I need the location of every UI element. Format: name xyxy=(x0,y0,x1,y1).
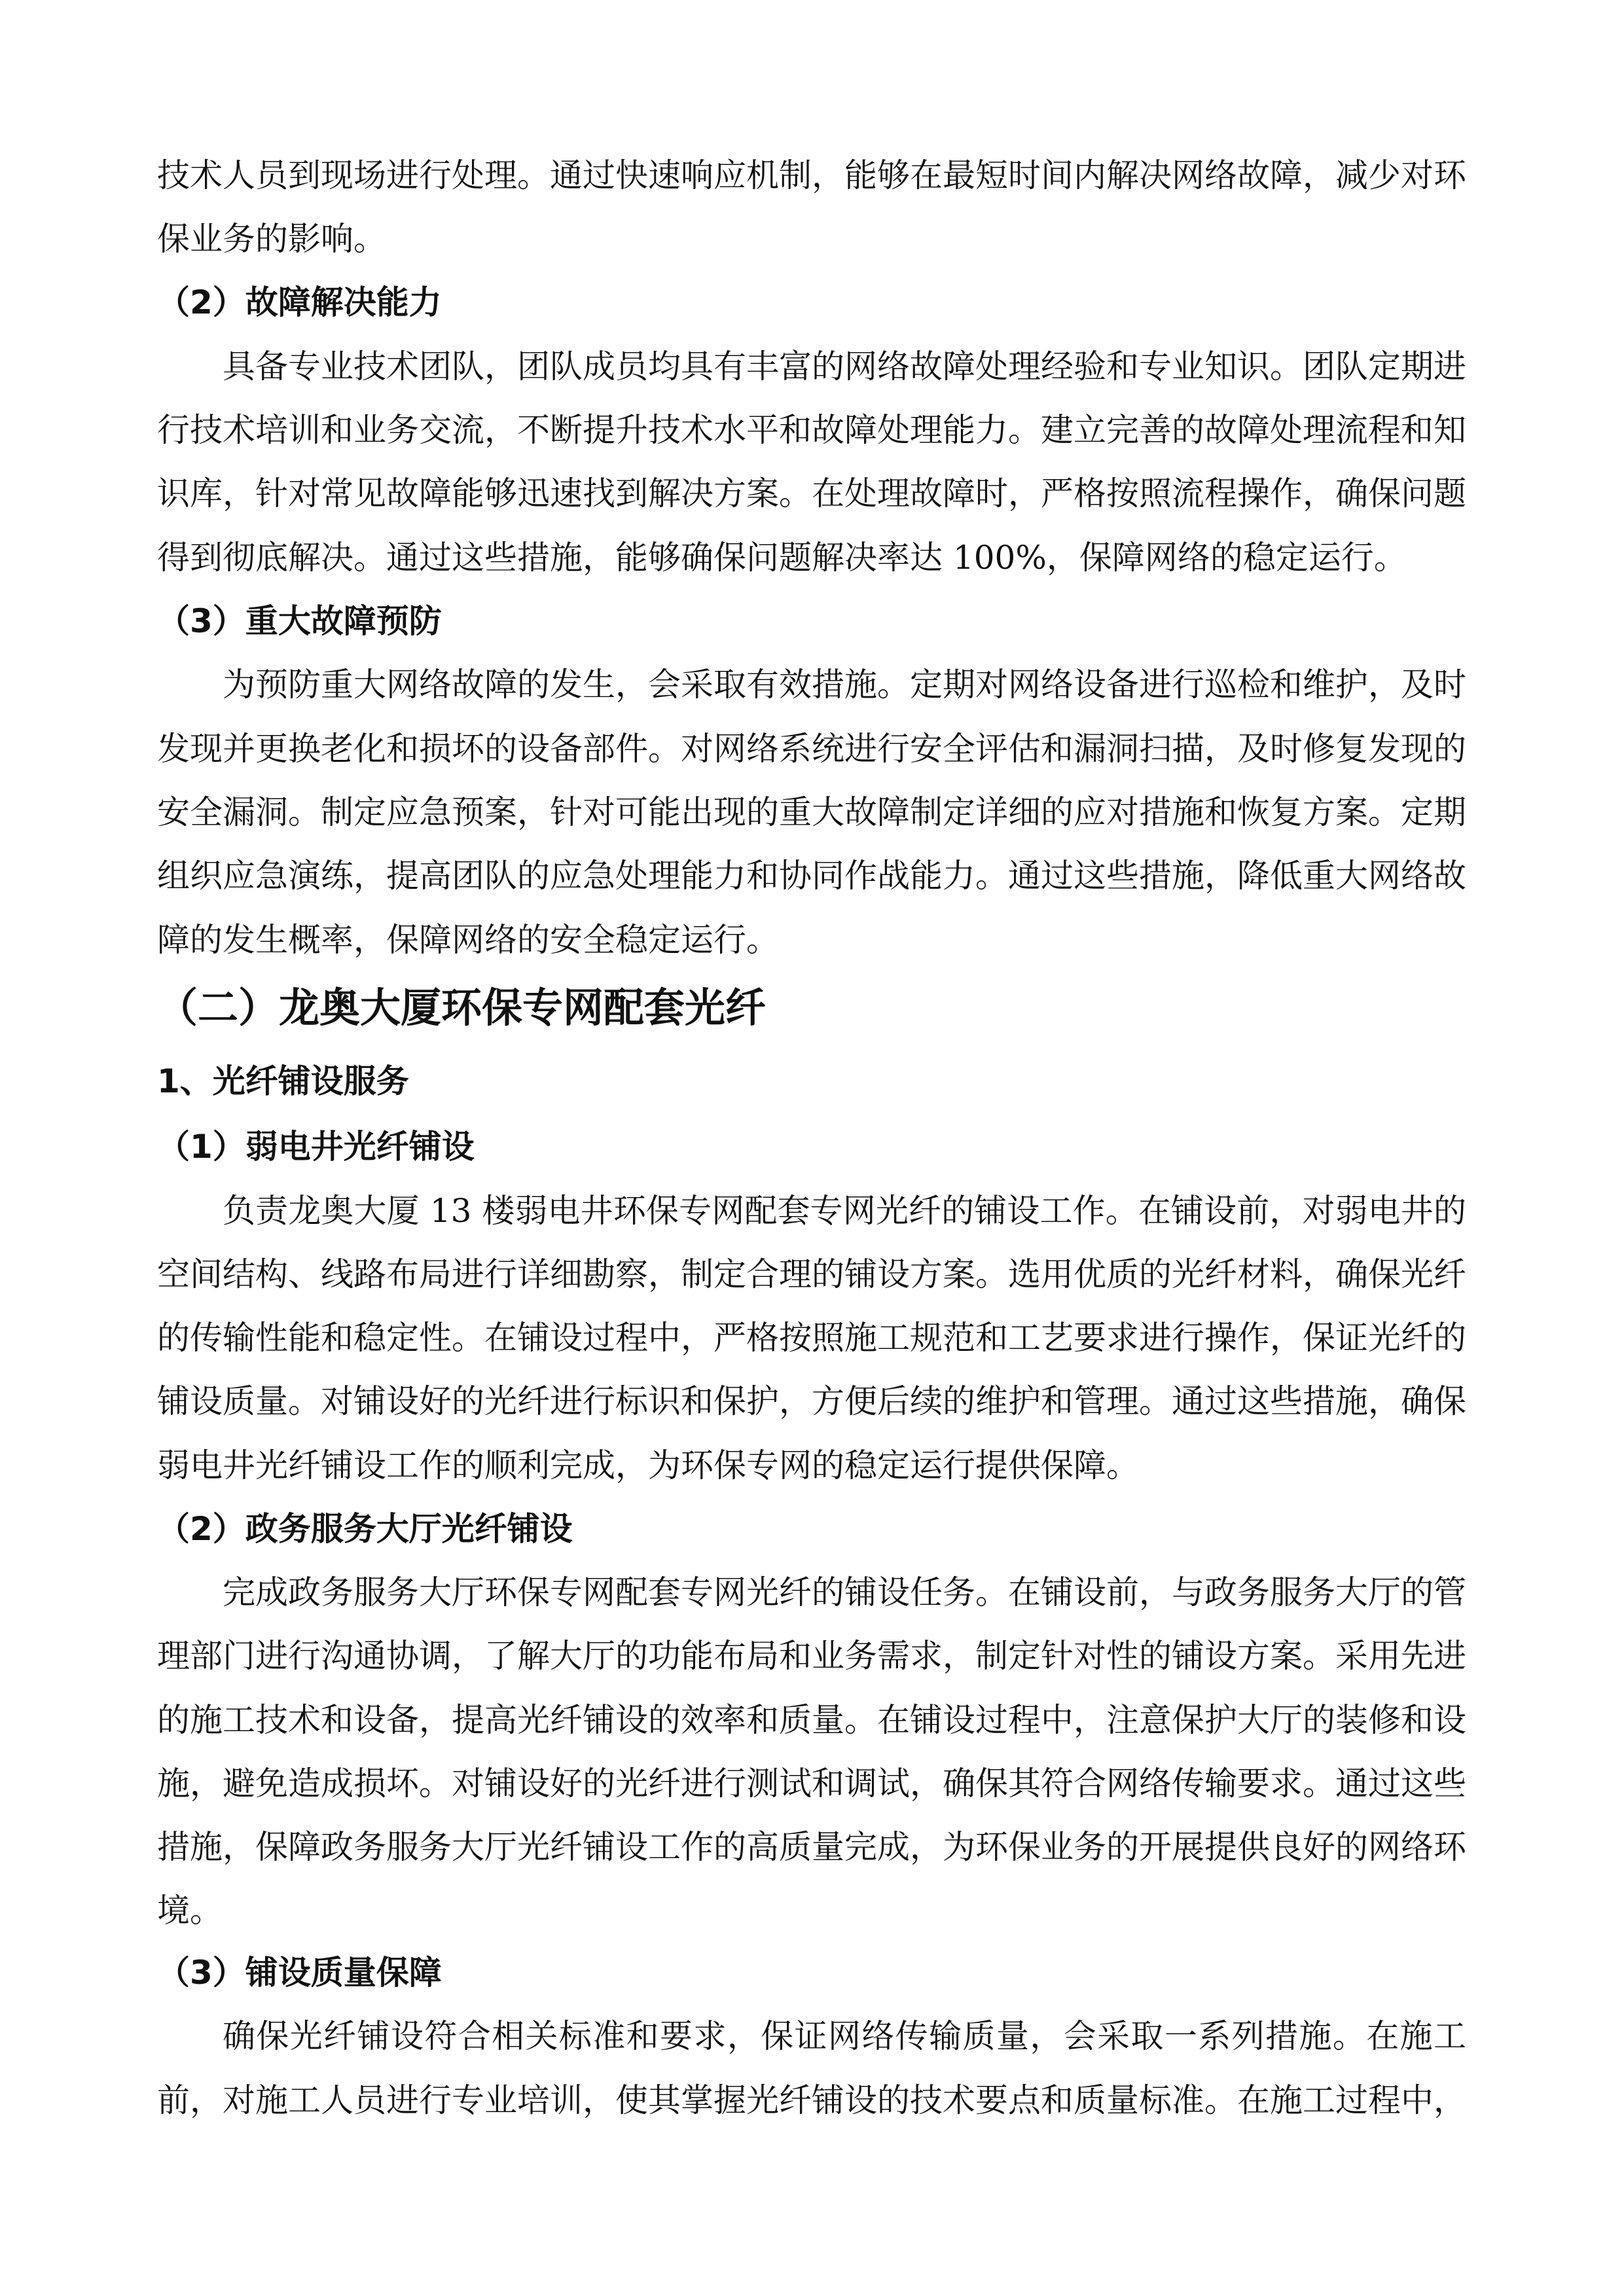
paragraph-line: 确保光纤铺设符合相关标准和要求，保证网络传输质量，会采取一系列措施。在施工 xyxy=(223,2005,1466,2068)
paragraph-line: 的传输性能和稳定性。在铺设过程中，严格按照施工规范和工艺要求进行操作，保证光纤的 xyxy=(157,1306,1466,1370)
paragraph-line: 施，避免造成损坏。对铺设好的光纤进行测试和调试，确保其符合网络传输要求。通过这些 xyxy=(157,1752,1466,1816)
paragraph-line: 完成政务服务大厅环保专网配套专网光纤的铺设任务。在铺设前，与政务服务大厅的管 xyxy=(223,1561,1466,1624)
section-heading-fiber: （二）龙奥大厦环保专网配套光纤 xyxy=(157,972,1466,1044)
paragraph-line: 具备专业技术团队，团队成员均具有丰富的网络故障处理经验和专业知识。团队定期进 xyxy=(223,335,1466,399)
paragraph-line: 得到彻底解决。通过这些措施，能够确保问题解决率达 100%，保障网络的稳定运行。 xyxy=(157,526,1466,590)
subheading-major-fault-prevention: （3）重大故障预防 xyxy=(157,590,1466,653)
paragraph-line: 空间结构、线路布局进行详细勘察，制定合理的铺设方案。选用优质的光纤材料，确保光纤 xyxy=(157,1243,1466,1306)
paragraph-line: 前，对施工人员进行专业培训，使其掌握光纤铺设的技术要点和质量标准。在施工过程中， xyxy=(157,2069,1466,2132)
paragraph-line: 的施工技术和设备，提高光纤铺设的效率和质量。在铺设过程中，注意保护大厅的装修和设 xyxy=(157,1689,1466,1752)
paragraph-line: 负责龙奥大厦 13 楼弱电井环保专网配套专网光纤的铺设工作。在铺设前，对弱电井的 xyxy=(223,1179,1466,1243)
paragraph-line: 弱电井光纤铺设工作的顺利完成，为环保专网的稳定运行提供保障。 xyxy=(157,1434,1466,1498)
paragraph-line: 境。 xyxy=(157,1879,1466,1943)
paragraph-line: 发现并更换老化和损坏的设备部件。对网络系统进行安全评估和漏洞扫描，及时修复发现的 xyxy=(157,717,1466,781)
paragraph-line: 识库，针对常见故障能够迅速找到解决方案。在处理故障时，严格按照流程操作，确保问题 xyxy=(157,462,1466,526)
subheading-gov-service-hall: （2）政务服务大厅光纤铺设 xyxy=(157,1498,1466,1561)
paragraph-line: 安全漏洞。制定应急预案，针对可能出现的重大故障制定详细的应对措施和恢复方案。定期 xyxy=(157,781,1466,844)
paragraph-line: 理部门进行沟通协调，了解大厅的功能布局和业务需求，制定针对性的铺设方案。采用先进 xyxy=(157,1624,1466,1688)
subheading-fiber-service: 1、光纤铺设服务 xyxy=(157,1050,1466,1113)
subheading-fault-resolution: （2）故障解决能力 xyxy=(157,271,1466,334)
paragraph-line: 组织应急演练，提高团队的应急处理能力和协同作战能力。通过这些措施，降低重大网络故 xyxy=(157,844,1466,908)
paragraph-line: 保业务的影响。 xyxy=(157,207,1466,271)
paragraph-line: 行技术培训和业务交流，不断提升技术水平和故障处理能力。建立完善的故障处理流程和知 xyxy=(157,399,1466,462)
paragraph-line: 障的发生概率，保障网络的安全稳定运行。 xyxy=(157,908,1466,972)
paragraph-line: 铺设质量。对铺设好的光纤进行标识和保护，方便后续的维护和管理。通过这些措施，确保 xyxy=(157,1370,1466,1433)
subheading-weak-current-shaft: （1）弱电井光纤铺设 xyxy=(157,1115,1466,1179)
subheading-quality-assurance: （3）铺设质量保障 xyxy=(157,1941,1466,2005)
paragraph-line: 技术人员到现场进行处理。通过快速响应机制，能够在最短时间内解决网络故障，减少对环 xyxy=(157,144,1466,207)
paragraph-line: 为预防重大网络故障的发生，会采取有效措施。定期对网络设备进行巡检和维护，及时 xyxy=(223,653,1466,717)
document-page: 技术人员到现场进行处理。通过快速响应机制，能够在最短时间内解决网络故障，减少对环… xyxy=(0,0,1624,2296)
paragraph-line: 措施，保障政务服务大厅光纤铺设工作的高质量完成，为环保业务的开展提供良好的网络环 xyxy=(157,1816,1466,1879)
